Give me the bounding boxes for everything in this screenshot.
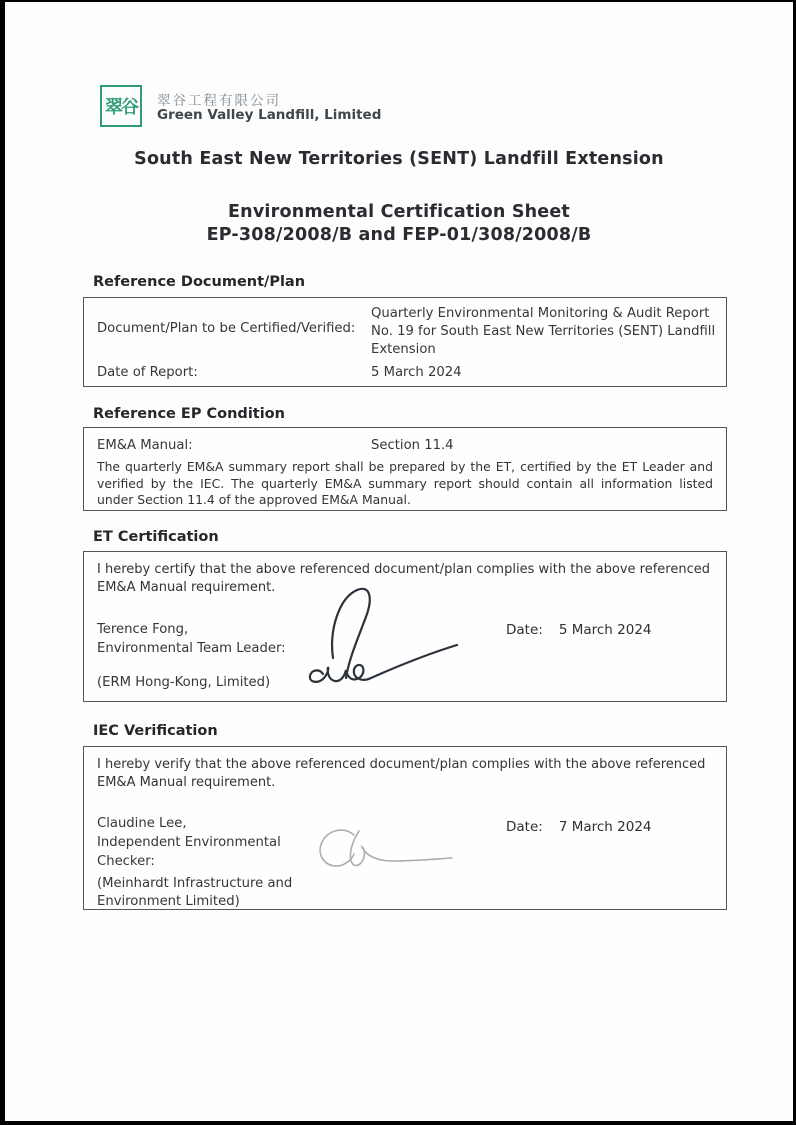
iec-signatory-name: Claudine Lee, xyxy=(97,814,307,833)
date-of-report-label: Date of Report: xyxy=(97,364,198,382)
iec-checker-signature xyxy=(302,825,467,880)
et-certification-statement: I hereby certify that the above referenc… xyxy=(97,561,713,597)
sheet-title: Environmental Certification Sheet xyxy=(5,202,793,222)
iec-date-row: Date:7 March 2024 xyxy=(506,819,652,835)
reference-ep-condition-box: EM&A Manual: Section 11.4 The quarterly … xyxy=(83,427,727,511)
iec-verification-box: I hereby verify that the above reference… xyxy=(83,746,727,910)
section-heading-iec-verification: IEC Verification xyxy=(93,723,218,739)
certification-sheet-page: 翠谷 翠谷工程有限公司 Green Valley Landfill, Limit… xyxy=(0,0,796,1125)
iec-verification-statement: I hereby verify that the above reference… xyxy=(97,756,713,792)
et-certification-box: I hereby certify that the above referenc… xyxy=(83,551,727,702)
project-title: South East New Territories (SENT) Landfi… xyxy=(5,149,793,169)
et-signatory-company: (ERM Hong-Kong, Limited) xyxy=(97,674,270,692)
company-name-english: Green Valley Landfill, Limited xyxy=(157,107,381,123)
iec-date-value: 7 March 2024 xyxy=(559,819,652,835)
document-plan-value: Quarterly Environmental Monitoring & Aud… xyxy=(371,305,723,358)
iec-signatory-company: (Meinhardt Infrastructure and Environmen… xyxy=(97,875,322,911)
document-plan-label: Document/Plan to be Certified/Verified: xyxy=(97,320,355,338)
et-date-label: Date: xyxy=(506,622,543,638)
et-signatory-name-block: Terence Fong, Environmental Team Leader: xyxy=(97,620,327,658)
permit-numbers: EP-308/2008/B and FEP-01/308/2008/B xyxy=(5,225,793,245)
et-date-value: 5 March 2024 xyxy=(559,622,652,638)
date-of-report-value: 5 March 2024 xyxy=(371,364,462,382)
section-heading-reference-document: Reference Document/Plan xyxy=(93,274,305,290)
et-signatory-title: Environmental Team Leader: xyxy=(97,639,327,658)
iec-date-label: Date: xyxy=(506,819,543,835)
et-date-row: Date:5 March 2024 xyxy=(506,622,652,638)
iec-signatory-title: Independent Environmental Checker: xyxy=(97,833,307,871)
iec-signatory-name-block: Claudine Lee, Independent Environmental … xyxy=(97,814,307,871)
et-signatory-name: Terence Fong, xyxy=(97,620,327,639)
ema-manual-label: EM&A Manual: xyxy=(97,437,193,455)
logo-mark: 翠谷 xyxy=(105,93,137,119)
company-logo-icon: 翠谷 xyxy=(100,85,142,127)
section-heading-reference-ep-condition: Reference EP Condition xyxy=(93,406,285,422)
company-name-chinese: 翠谷工程有限公司 xyxy=(157,89,281,109)
reference-document-box: Document/Plan to be Certified/Verified: … xyxy=(83,297,727,387)
ema-manual-section-value: Section 11.4 xyxy=(371,437,454,455)
section-heading-et-certification: ET Certification xyxy=(93,529,219,545)
ep-condition-note: The quarterly EM&A summary report shall … xyxy=(97,459,713,509)
